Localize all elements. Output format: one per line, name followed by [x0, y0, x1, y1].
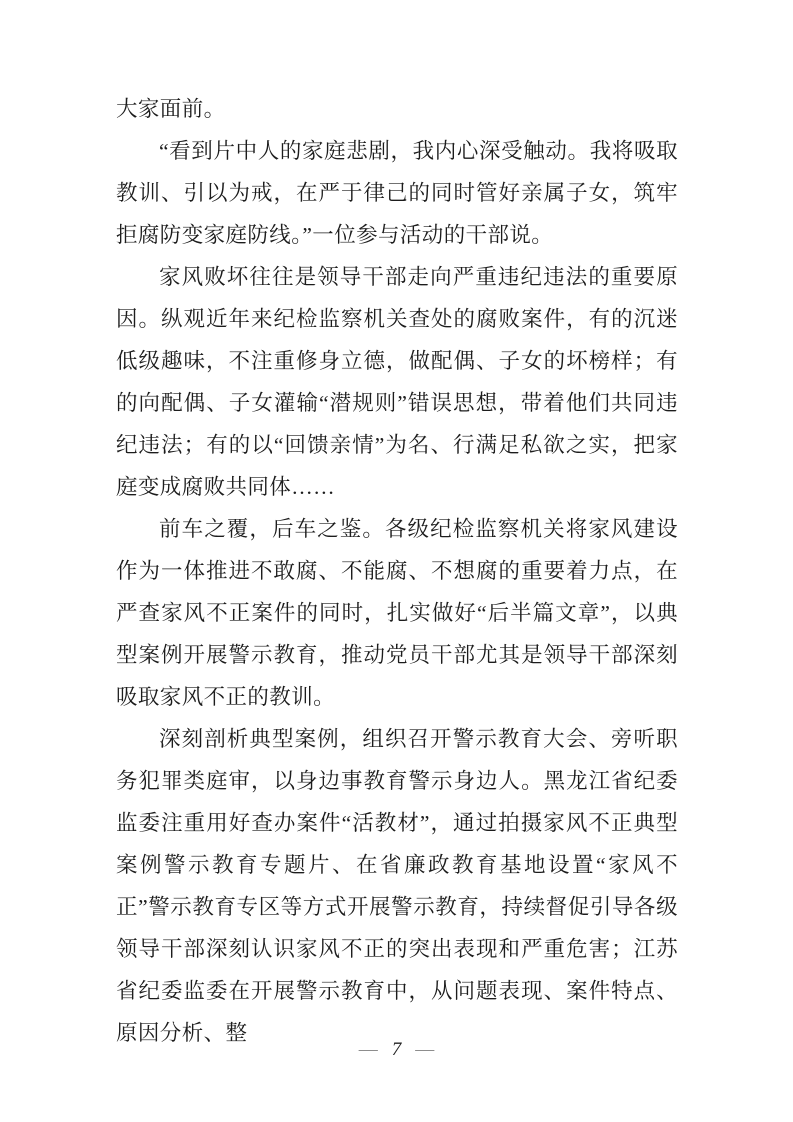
paragraph-lessons: 前车之覆，后车之鉴。各级纪检监察机关将家风建设作为一体推进不敢腐、不能腐、不想腐… [116, 508, 678, 718]
page-footer: —7— [0, 1036, 793, 1064]
paragraph-continuation: 大家面前。 [116, 88, 678, 130]
footer-dash-right: — [401, 1039, 448, 1060]
document-body: 大家面前。 “看到片中人的家庭悲剧，我内心深受触动。我将吸取教训、引以为戒，在严… [116, 88, 678, 1054]
paragraph-case-analysis: 深刻剖析典型案例，组织召开警示教育大会、旁听职务犯罪类庭审，以身边事教育警示身边… [116, 718, 678, 1054]
document-page: 大家面前。 “看到片中人的家庭悲剧，我内心深受触动。我将吸取教训、引以为戒，在严… [0, 0, 793, 1122]
paragraph-causes: 家风败坏往往是领导干部走向严重违纪违法的重要原因。纵观近年来纪检监察机关查处的腐… [116, 256, 678, 508]
paragraph-quote: “看到片中人的家庭悲剧，我内心深受触动。我将吸取教训、引以为戒，在严于律己的同时… [116, 130, 678, 256]
footer-dash-left: — [345, 1039, 392, 1060]
page-number: 7 [392, 1039, 402, 1060]
